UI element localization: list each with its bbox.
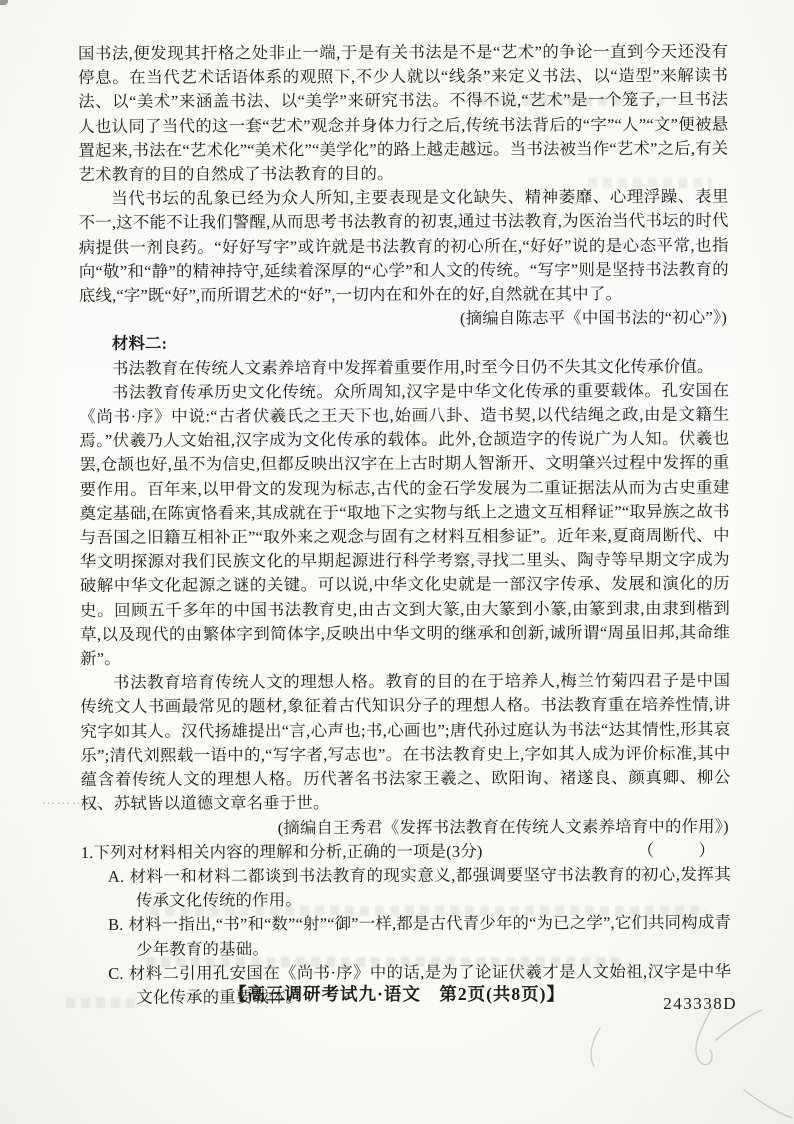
scanned-exam-page: 国书法,便发现其扞格之处非止一端,于是有关书法是不是“艺术”的争论一直到今天还没… [0,0,794,1124]
pencil-scribble-artifact [0,0,794,1124]
